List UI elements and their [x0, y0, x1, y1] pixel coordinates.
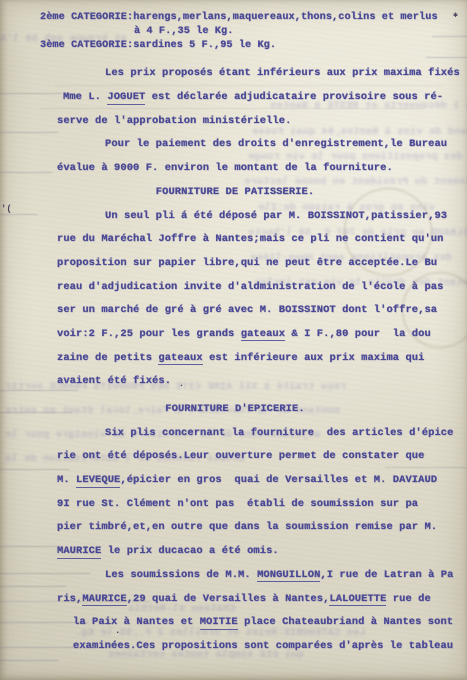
document-line: MAURICE le prix ducacao a été omis.	[57, 540, 467, 564]
section-heading: FOURNITURE DE PATISSERIE.	[45, 181, 425, 205]
text-segment: Les prix proposés étant inférieurs aux p…	[105, 67, 460, 79]
document-line: Six plis concernant la fourniture des ar…	[57, 422, 467, 446]
document-line: ris,MAURICE,29 quai de Versailles à Nant…	[57, 588, 467, 612]
text-segment: Mme L.	[63, 91, 107, 103]
document-line: 2ème CATEGORIE:harengs,merlans,maquereau…	[40, 11, 467, 25]
document-line: rie ont été déposés.Leur ouverture perme…	[57, 445, 467, 469]
document-line: reau d'adjudication invite d'aldministra…	[57, 276, 467, 300]
underlined-name: LALOUETTE	[329, 593, 386, 607]
document-line: 9I rue St. Clément n'ont pas établi de s…	[57, 493, 467, 517]
text-segment: pier timbré,et,en outre que dans la soum…	[57, 521, 437, 533]
bleedthrough-rule-line	[0, 660, 58, 661]
text-segment: reau d'adjudication invite d'aldministra…	[57, 281, 443, 293]
text-segment: évalue à 9000 F. environ le montant de l…	[57, 162, 393, 174]
document-line: Mme L. JOGUET est déclarée adjudicataire…	[57, 86, 467, 110]
text-segment: 2ème CATEGORIE:harengs,merlans,maquereau…	[40, 12, 438, 23]
document-line: ser un marché de gré à gré avec M. BOISS…	[57, 299, 467, 323]
underlined-name: MONGUILLON	[257, 569, 320, 583]
scanned-document-page: et browne amb 50 l'Ala 1 découverte et R…	[0, 0, 467, 680]
text-segment: serve de l'approbation ministérielle.	[57, 115, 291, 127]
text-segment: à 4 F.,35 le Kg.	[134, 26, 233, 37]
text-segment: avaient été fixés.	[57, 375, 171, 387]
document-line: Un seul pli á été déposé par M. BOISSINO…	[57, 205, 467, 229]
underlined-name: JOGUET	[107, 91, 145, 105]
text-segment: est inférieure aux prix maxima qui	[203, 352, 425, 364]
document-line: 3ème CATEGORIE:sardines 5 F.,95 le Kg.	[40, 39, 467, 53]
underlined-name: MAURICE	[82, 593, 126, 607]
text-segment: Six plis concernant la fourniture des ar…	[105, 427, 453, 439]
text-segment: ris,	[57, 593, 82, 605]
text-segment: FOURNITURE D'EPICERIE.	[165, 403, 304, 415]
document-line: évalue à 9000 F. environ le montant de l…	[57, 157, 467, 181]
text-segment: 3ème CATEGORIE:sardines 5 F.,95 le Kg.	[40, 40, 276, 51]
text-segment: M.	[57, 474, 76, 486]
document-line: pier timbré,et,en outre que dans la soum…	[57, 516, 467, 540]
document-line: avaient été fixés.	[57, 370, 467, 394]
text-segment: Un seul pli á été déposé par M. BOISSINO…	[105, 210, 447, 222]
document-line: M. LEVEQUE,épicier en gros quai de Versa…	[57, 469, 467, 493]
underlined-name: gateaux	[158, 352, 202, 366]
text-segment: Pour le paiement des droits d'enregistre…	[105, 138, 447, 150]
text-segment: FOURNITURE DE PATISSERIE.	[156, 186, 314, 198]
text-segment: est déclarée adjudicataire provisoire so…	[145, 91, 443, 103]
section-heading: FOURNITURE D'EPICERIE.	[45, 398, 425, 422]
text-segment: rie ont été déposés.Leur ouverture perme…	[57, 450, 424, 462]
text-segment: zaine de petits	[57, 352, 158, 364]
text-segment: examinées.Ces propositions sont comparée…	[73, 640, 453, 652]
text-segment: Les soumissions de M.M.	[105, 569, 257, 581]
text-segment: proposition sur papier libre,qui ne peut…	[57, 257, 437, 269]
text-segment: rue du Maréchal Joffre à Nantes;mais ce …	[57, 233, 443, 245]
underlined-name: MOITIE	[200, 616, 238, 630]
text-segment: ,I rue de Latran à Pa	[320, 569, 453, 581]
text-segment: le prix ducacao a été omis.	[101, 545, 278, 557]
text-segment: ,29 quai de Versailles à Nantes,	[127, 593, 330, 605]
text-segment: la Paix à Nantes et	[73, 616, 200, 628]
text-segment: 9I rue St. Clément n'ont pas établi de s…	[57, 498, 418, 510]
document-body: 2ème CATEGORIE:harengs,merlans,maquereau…	[0, 11, 467, 659]
document-line: Pour le paiement des droits d'enregistre…	[57, 133, 467, 157]
underlined-name: LEVEQUE	[76, 474, 120, 488]
document-line: Les soumissions de M.M. MONGUILLON,I rue…	[57, 564, 467, 588]
document-line: voir:2 F.,25 pour les grands gateaux & I…	[57, 323, 467, 347]
text-segment: ser un marché de gré à gré avec M. BOISS…	[57, 304, 437, 316]
underlined-name: MAURICE	[57, 545, 101, 559]
text-segment: & I F.,80 pour la dou	[285, 328, 431, 340]
document-line: rue du Maréchal Joffre à Nantes;mais ce …	[57, 228, 467, 252]
underlined-name: gateaux	[241, 328, 285, 342]
text-segment: voir:2 F.,25 pour les grands	[57, 328, 241, 340]
document-line: examinées.Ces propositions sont comparée…	[57, 635, 467, 659]
text-segment: ,épicier en gros quai de Versailles et M…	[120, 474, 437, 486]
document-line: la Paix à Nantes et MOITIE place Chateau…	[57, 611, 467, 635]
document-line: zaine de petits gateaux est inférieure a…	[57, 347, 467, 371]
document-line: Les prix proposés étant inférieurs aux p…	[57, 62, 467, 86]
document-line: à 4 F.,35 le Kg.	[134, 25, 467, 39]
document-line: serve de l'approbation ministérielle.	[57, 110, 467, 134]
document-line: proposition sur papier libre,qui ne peut…	[57, 252, 467, 276]
text-segment: rue de	[386, 593, 430, 605]
text-segment: place Chateaubriand à Nantes sont	[238, 616, 453, 628]
